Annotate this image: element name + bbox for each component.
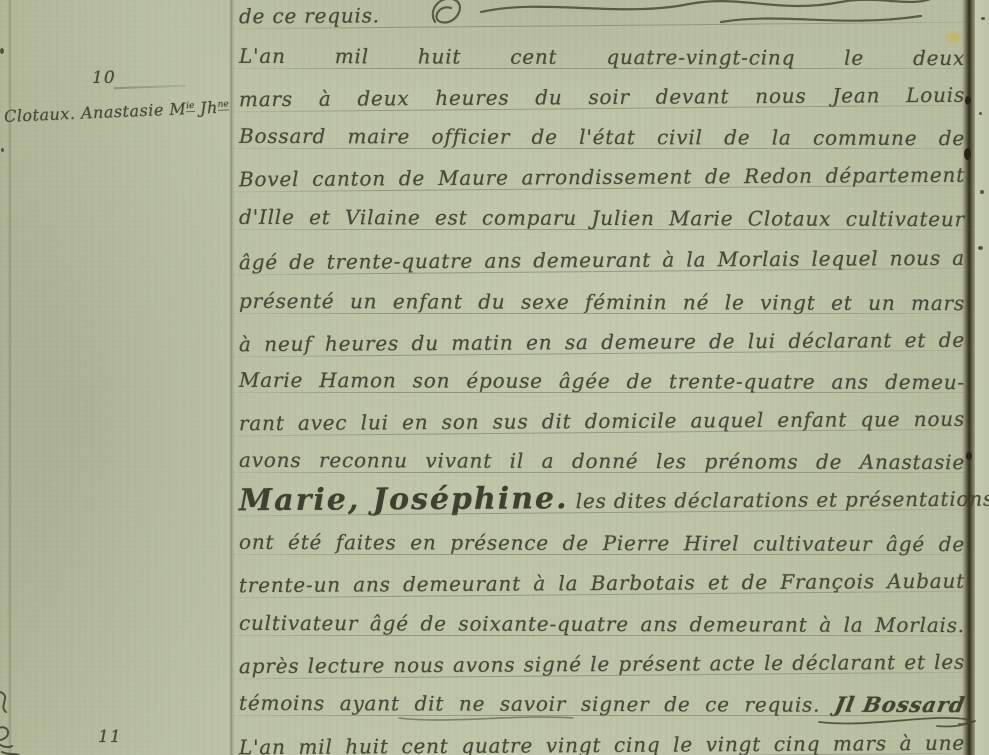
binding-ink-knot bbox=[964, 148, 971, 160]
margin-dash-rule bbox=[114, 85, 186, 90]
act-line: Bovel canton de Maure arrondissement de … bbox=[239, 162, 965, 192]
act-line: ont été faites en présence de Pierre Hir… bbox=[239, 529, 965, 557]
act-line: présenté un enfant du sexe féminin né le… bbox=[239, 288, 965, 316]
act-line: rant avec lui en son sus dit domicile au… bbox=[239, 406, 965, 436]
adjacent-page-sliver bbox=[975, 0, 989, 755]
ink-speck bbox=[979, 112, 982, 115]
act-line: après lecture nous avons signé le présen… bbox=[239, 649, 965, 679]
margin-name-note: Clotaux. Anastasie Mie Jhne bbox=[4, 97, 237, 126]
ink-speck bbox=[1, 148, 4, 152]
ink-speck bbox=[980, 190, 984, 194]
act-line: cultivateur âgé de soixante-quatre ans d… bbox=[239, 610, 965, 638]
act-line: mars à deux heures du soir devant nous J… bbox=[239, 82, 965, 112]
ink-speck bbox=[981, 17, 985, 20]
act-line: de ce requis. bbox=[239, 0, 965, 29]
ink-speck bbox=[978, 246, 983, 250]
child-names-emphasis: Marie, Joséphine. bbox=[239, 481, 569, 518]
mayor-signature: Jl Bossard bbox=[833, 692, 968, 718]
act-line: L'an mil huit cent quatre-vingt-cinq le … bbox=[239, 43, 965, 71]
act-line: Bossard maire officier de l'état civil d… bbox=[239, 123, 965, 151]
act-line-closing: témoins ayant dit ne savoir signer de ce… bbox=[239, 690, 965, 718]
margin-name-main: Clotaux. Anastasie bbox=[4, 100, 164, 126]
next-record-number-text: 11 bbox=[98, 727, 122, 747]
act-line-child-names: Marie, Joséphine. les dites déclarations… bbox=[239, 484, 965, 516]
margin-next-record-number: 11 bbox=[98, 727, 122, 747]
act-line: trente-un ans demeurant à la Barbotais e… bbox=[239, 568, 965, 598]
ink-speck bbox=[0, 48, 4, 54]
act-line: Marie Hamon son épouse âgée de trente-qu… bbox=[239, 367, 965, 395]
act-text-column: de ce requis. L'an mil huit cent quatre-… bbox=[239, 0, 965, 755]
record-number-text: 10 bbox=[92, 68, 116, 88]
act-line: âgé de trente-quatre ans demeurant à la … bbox=[239, 245, 965, 275]
act-line: avons reconnu vivant il a donné les prén… bbox=[239, 447, 965, 475]
act-line: à neuf heures du matin en sa demeure de … bbox=[239, 327, 965, 357]
margin-name-abbr2: Jhne bbox=[200, 97, 230, 117]
margin-record-number: 10 bbox=[92, 68, 116, 88]
register-page-scan: 10 Clotaux. Anastasie Mie Jhne 11 de ce … bbox=[0, 0, 989, 755]
act-line: d'Ille et Vilaine est comparu Julien Mar… bbox=[239, 204, 965, 232]
next-act-first-line: L'an mil huit cent quatre vingt cinq le … bbox=[239, 730, 965, 755]
binding-ink-knot bbox=[966, 452, 972, 460]
act-line-text: les dites déclarations et présentations bbox=[576, 487, 989, 514]
act-line-text: témoins ayant dit ne savoir signer de ce… bbox=[239, 691, 820, 717]
margin-name-abbr1: Mie bbox=[169, 99, 195, 119]
